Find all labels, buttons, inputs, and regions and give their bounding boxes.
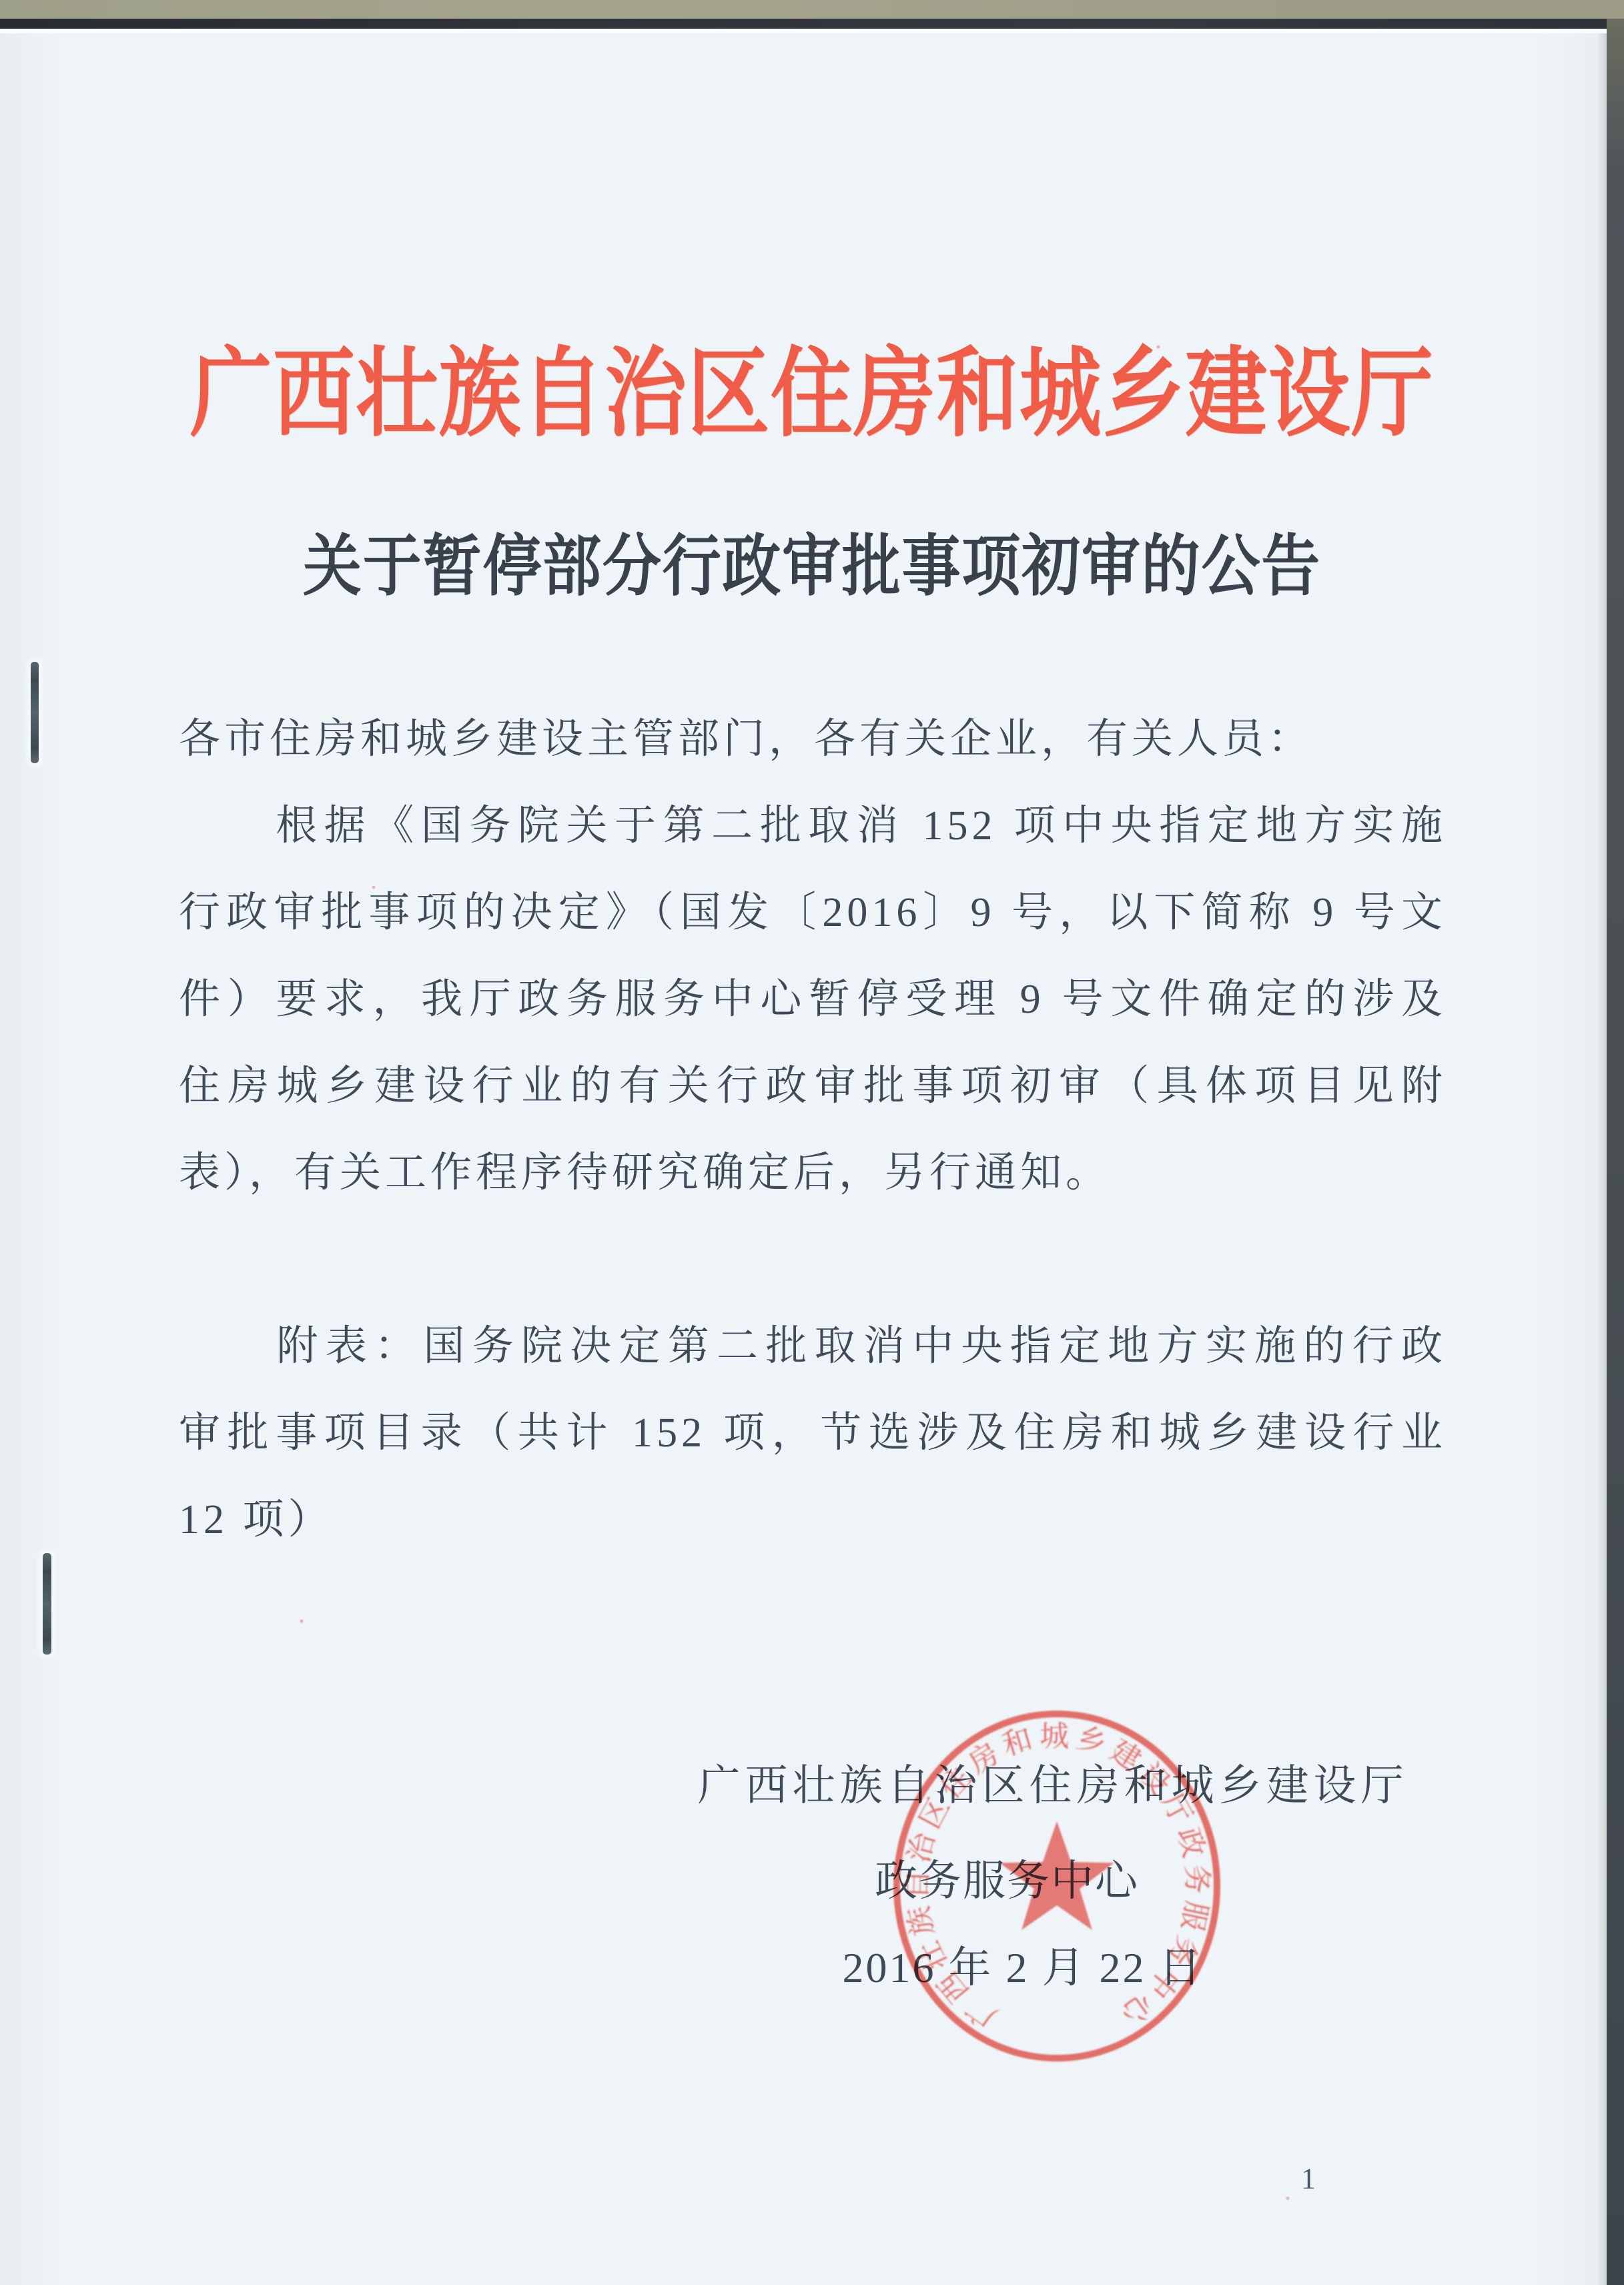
binding-mark-lower [43,1553,51,1655]
body-line: 根据《国务院关于第二批取消 152 项中央指定地方实施 [179,783,1447,869]
paper-top-shadow-edge [0,19,1624,29]
binding-mark-upper [31,662,39,763]
document-body: 各市住房和城乡建设主管部门，各有关企业，有关人员： 根据《国务院关于第二批取消 … [179,696,1447,1563]
scanner-right-strip [1607,19,1624,2285]
attachment-note-line: 附表：国务院决定第二批取消中央指定地方实施的行政 [179,1303,1447,1390]
body-line: 行政审批事项的决定》（国发〔2016〕9 号，以下简称 9 号文 [179,869,1447,956]
paper-right-shadow [1597,33,1607,2285]
official-seal: 广西壮族自治区住房和城乡建设厅政务服务中心 [890,1709,1224,2063]
attachment-note-line: 12 项） [179,1476,1447,1563]
scanner-top-band [0,0,1624,20]
page-number: 1 [1301,2162,1316,2196]
body-line: 表），有关工作程序待研究确定后，另行通知。 [179,1129,1447,1216]
seal-star-icon [999,1821,1114,1930]
document-title: 关于暂停部分行政审批事项初审的公告 [97,512,1527,608]
scanned-document-page: 广西壮族自治区住房和城乡建设厅 关于暂停部分行政审批事项初审的公告 各市住房和城… [0,0,1624,2285]
attachment-note-line: 审批事项目录（共计 152 项，节选涉及住房和城乡建设行业 [179,1390,1447,1476]
body-salutation-line: 各市住房和城乡建设主管部门，各有关企业，有关人员： [179,696,1447,783]
paper-top-highlight-edge [0,29,1624,33]
body-line: 住房城乡建设行业的有关行政审批事项初审（具体项目见附 [179,1043,1447,1129]
blank-line [179,1216,1447,1303]
body-line: 件）要求，我厅政务服务中心暂停受理 9 号文件确定的涉及 [179,956,1447,1043]
agency-letterhead-title: 广西壮族自治区住房和城乡建设厅 [130,315,1495,455]
